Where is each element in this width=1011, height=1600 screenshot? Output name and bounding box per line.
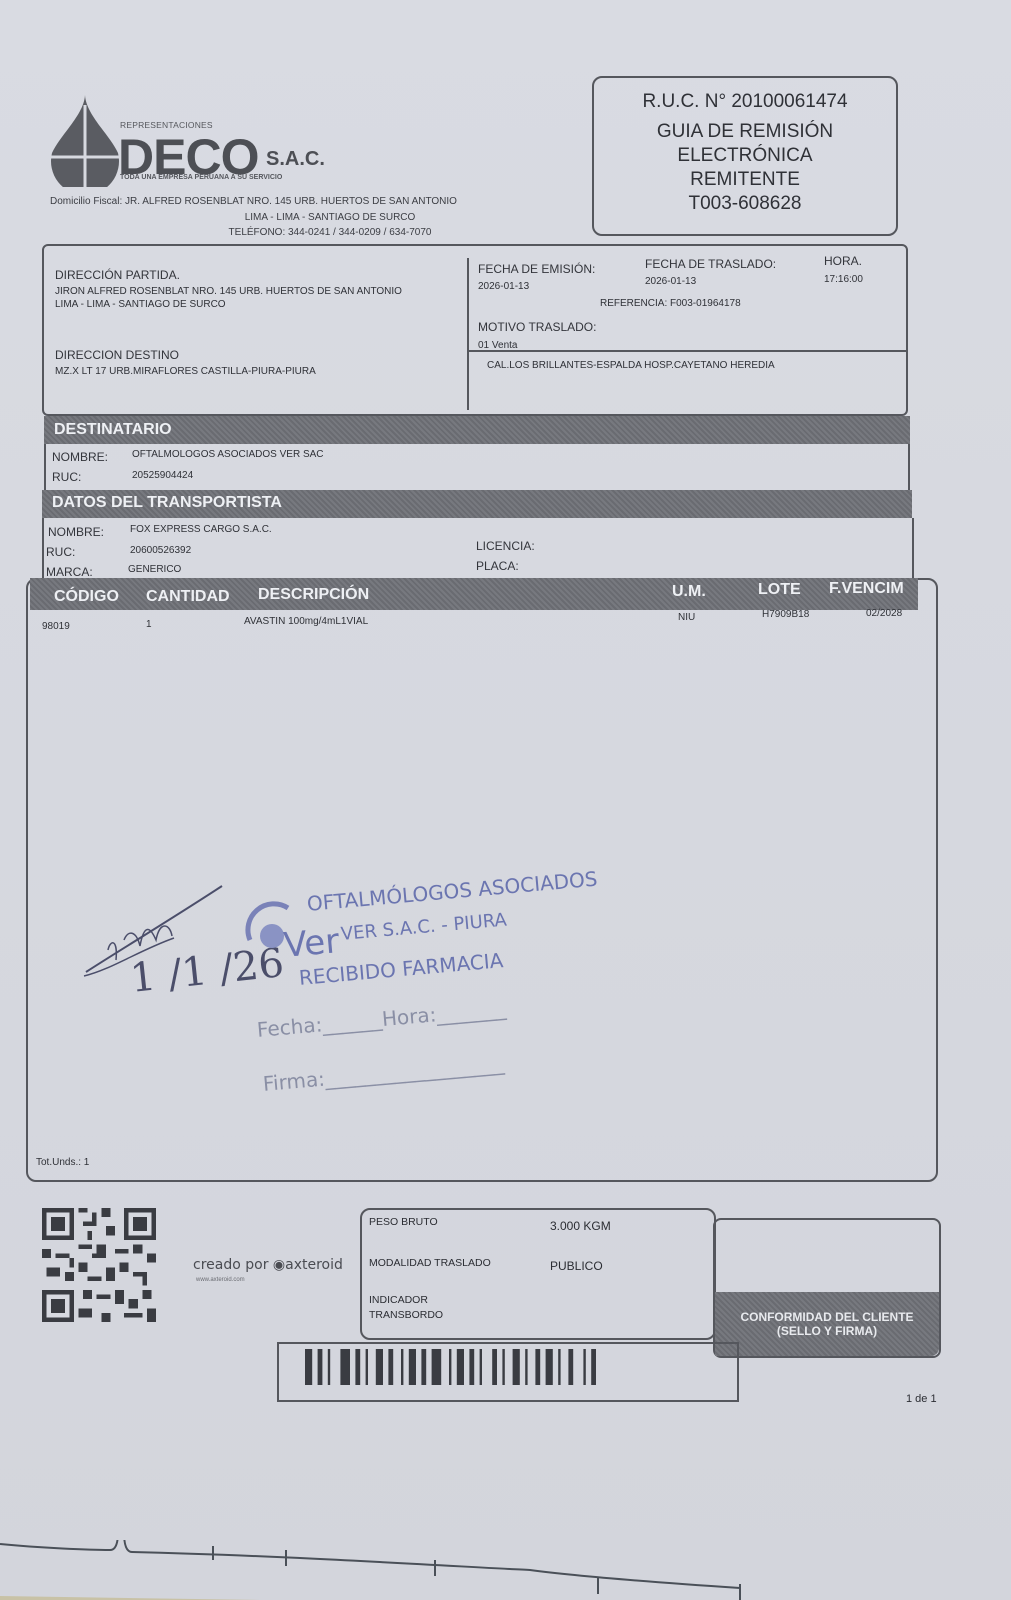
transportista-nombre-value: FOX EXPRESS CARGO S.A.C. bbox=[130, 524, 272, 535]
creado-por: creado por ◉axteroid bbox=[193, 1257, 343, 1273]
col-cantidad: CANTIDAD bbox=[146, 588, 230, 606]
document-id-box: R.U.C. N° 20100061474 GUIA DE REMISIÓN E… bbox=[592, 76, 898, 236]
domicilio-line2: LIMA - LIMA - SANTIAGO DE SURCO bbox=[200, 212, 460, 223]
fecha-emision-label: FECHA DE EMISIÓN: bbox=[478, 262, 595, 276]
destinatario-nombre-value: OFTALMOLOGOS ASOCIADOS VER SAC bbox=[132, 449, 324, 460]
items-table-header: CÓDIGO CANTIDAD DESCRIPCIÓN U.M. LOTE F.… bbox=[30, 578, 918, 610]
col-codigo: CÓDIGO bbox=[54, 588, 119, 606]
destinatario-header: DESTINATARIO bbox=[44, 416, 910, 444]
row-lote: H7909B18 bbox=[762, 609, 809, 620]
company-suffix: S.A.C. bbox=[266, 148, 325, 171]
destino-value: MZ.X LT 17 URB.MIRAFLORES CASTILLA-PIURA… bbox=[55, 366, 316, 377]
telefono: TELÉFONO: 344-0241 / 344-0209 / 634-7070 bbox=[190, 227, 470, 238]
row-cantidad: 1 bbox=[146, 619, 152, 630]
modalidad-value: PUBLICO bbox=[550, 1259, 603, 1273]
destino-referencia: CAL.LOS BRILLANTES-ESPALDA HOSP.CAYETANO… bbox=[487, 360, 775, 371]
peso-value: 3.000 KGM bbox=[550, 1219, 611, 1233]
creado-por-label: creado por bbox=[193, 1257, 268, 1273]
referencia: REFERENCIA: F003-01964178 bbox=[600, 298, 741, 309]
fecha-emision-value: 2026-01-13 bbox=[478, 281, 529, 292]
col-descripcion: DESCRIPCIÓN bbox=[258, 586, 369, 604]
conformidad-label: CONFORMIDAD DEL CLIENTE (SELLO Y FIRMA) bbox=[715, 1292, 939, 1356]
fecha-traslado-value: 2026-01-13 bbox=[645, 276, 696, 287]
indicador-label-2: TRANSBORDO bbox=[369, 1309, 443, 1321]
peso-label: PESO BRUTO bbox=[369, 1216, 438, 1228]
transportista-ruc-value: 20600526392 bbox=[130, 545, 191, 556]
modalidad-label: MODALIDAD TRASLADO bbox=[369, 1257, 491, 1269]
row-codigo: 98019 bbox=[42, 621, 70, 632]
row-um: NIU bbox=[678, 612, 695, 623]
axteroid-brand: axteroid bbox=[285, 1257, 343, 1273]
doc-title-line2: ELECTRÓNICA bbox=[594, 144, 896, 168]
table-row: 98019 1 AVASTIN 100mg/4mL1VIAL NIU H7909… bbox=[30, 612, 918, 632]
barcode-icon bbox=[305, 1349, 705, 1389]
stamp-hora-label: Hora: bbox=[381, 1002, 437, 1031]
motivo-value: 01 Venta bbox=[478, 340, 517, 351]
hora-label: HORA. bbox=[824, 254, 862, 268]
destinatario-ruc-label: RUC: bbox=[52, 470, 81, 484]
destinatario-ruc-value: 20525904424 bbox=[132, 470, 193, 481]
domicilio-fiscal: Domicilio Fiscal: JR. ALFRED ROSENBLAT N… bbox=[50, 196, 457, 207]
col-fvencim: F.VENCIM bbox=[829, 580, 904, 598]
conformidad-line2: (SELLO Y FIRMA) bbox=[715, 1324, 939, 1338]
transportista-marca-value: GENERICO bbox=[128, 564, 181, 575]
ruc-number: R.U.C. N° 20100061474 bbox=[594, 90, 896, 114]
partida-line1: JIRON ALFRED ROSENBLAT NRO. 145 URB. HUE… bbox=[55, 286, 402, 297]
conformidad-line1: CONFORMIDAD DEL CLIENTE bbox=[715, 1310, 939, 1324]
paper-edge bbox=[0, 1540, 1011, 1600]
doc-title-line1: GUIA DE REMISIÓN bbox=[594, 120, 896, 144]
col-um: U.M. bbox=[672, 583, 706, 601]
stamp-brand: Ver bbox=[282, 921, 341, 966]
domicilio-line1: JR. ALFRED ROSENBLAT NRO. 145 URB. HUERT… bbox=[125, 196, 457, 207]
row-descripcion: AVASTIN 100mg/4mL1VIAL bbox=[244, 616, 368, 627]
fecha-traslado-label: FECHA DE TRASLADO: bbox=[645, 257, 776, 271]
destino-label: DIRECCION DESTINO bbox=[55, 348, 179, 362]
qr-code-icon bbox=[42, 1205, 156, 1325]
total-units: Tot.Unds.: 1 bbox=[36, 1157, 89, 1168]
indicador-label-1: INDICADOR bbox=[369, 1294, 428, 1306]
transportista-ruc-label: RUC: bbox=[46, 545, 75, 559]
transportista-nombre-label: NOMBRE: bbox=[48, 525, 104, 539]
col-lote: LOTE bbox=[758, 581, 801, 599]
licencia-label: LICENCIA: bbox=[476, 539, 535, 553]
partida-label: DIRECCIÓN PARTIDA. bbox=[55, 268, 180, 282]
address-divider bbox=[467, 258, 469, 410]
axteroid-logo-icon: ◉ bbox=[273, 1257, 285, 1273]
hora-value: 17:16:00 bbox=[824, 274, 863, 285]
doc-number: T003-608628 bbox=[594, 192, 896, 216]
partida-line2: LIMA - LIMA - SANTIAGO DE SURCO bbox=[55, 299, 226, 310]
domicilio-label: Domicilio Fiscal: bbox=[50, 196, 122, 207]
placa-label: PLACA: bbox=[476, 559, 519, 573]
motivo-label: MOTIVO TRASLADO: bbox=[478, 320, 596, 334]
row-fvencim: 02/2028 bbox=[866, 608, 902, 619]
transportista-header: DATOS DEL TRANSPORTISTA bbox=[42, 490, 912, 518]
reference-divider bbox=[469, 350, 908, 352]
axteroid-url: www.axteroid.com bbox=[196, 1277, 245, 1283]
doc-title-line3: REMITENTE bbox=[594, 168, 896, 192]
transportista-marca-label: MARCA: bbox=[46, 565, 93, 579]
page-number: 1 de 1 bbox=[906, 1393, 937, 1405]
drop-logo-icon bbox=[50, 95, 120, 187]
destinatario-nombre-label: NOMBRE: bbox=[52, 450, 108, 464]
company-tagline: TODA UNA EMPRESA PERUANA A SU SERVICIO bbox=[120, 174, 282, 181]
